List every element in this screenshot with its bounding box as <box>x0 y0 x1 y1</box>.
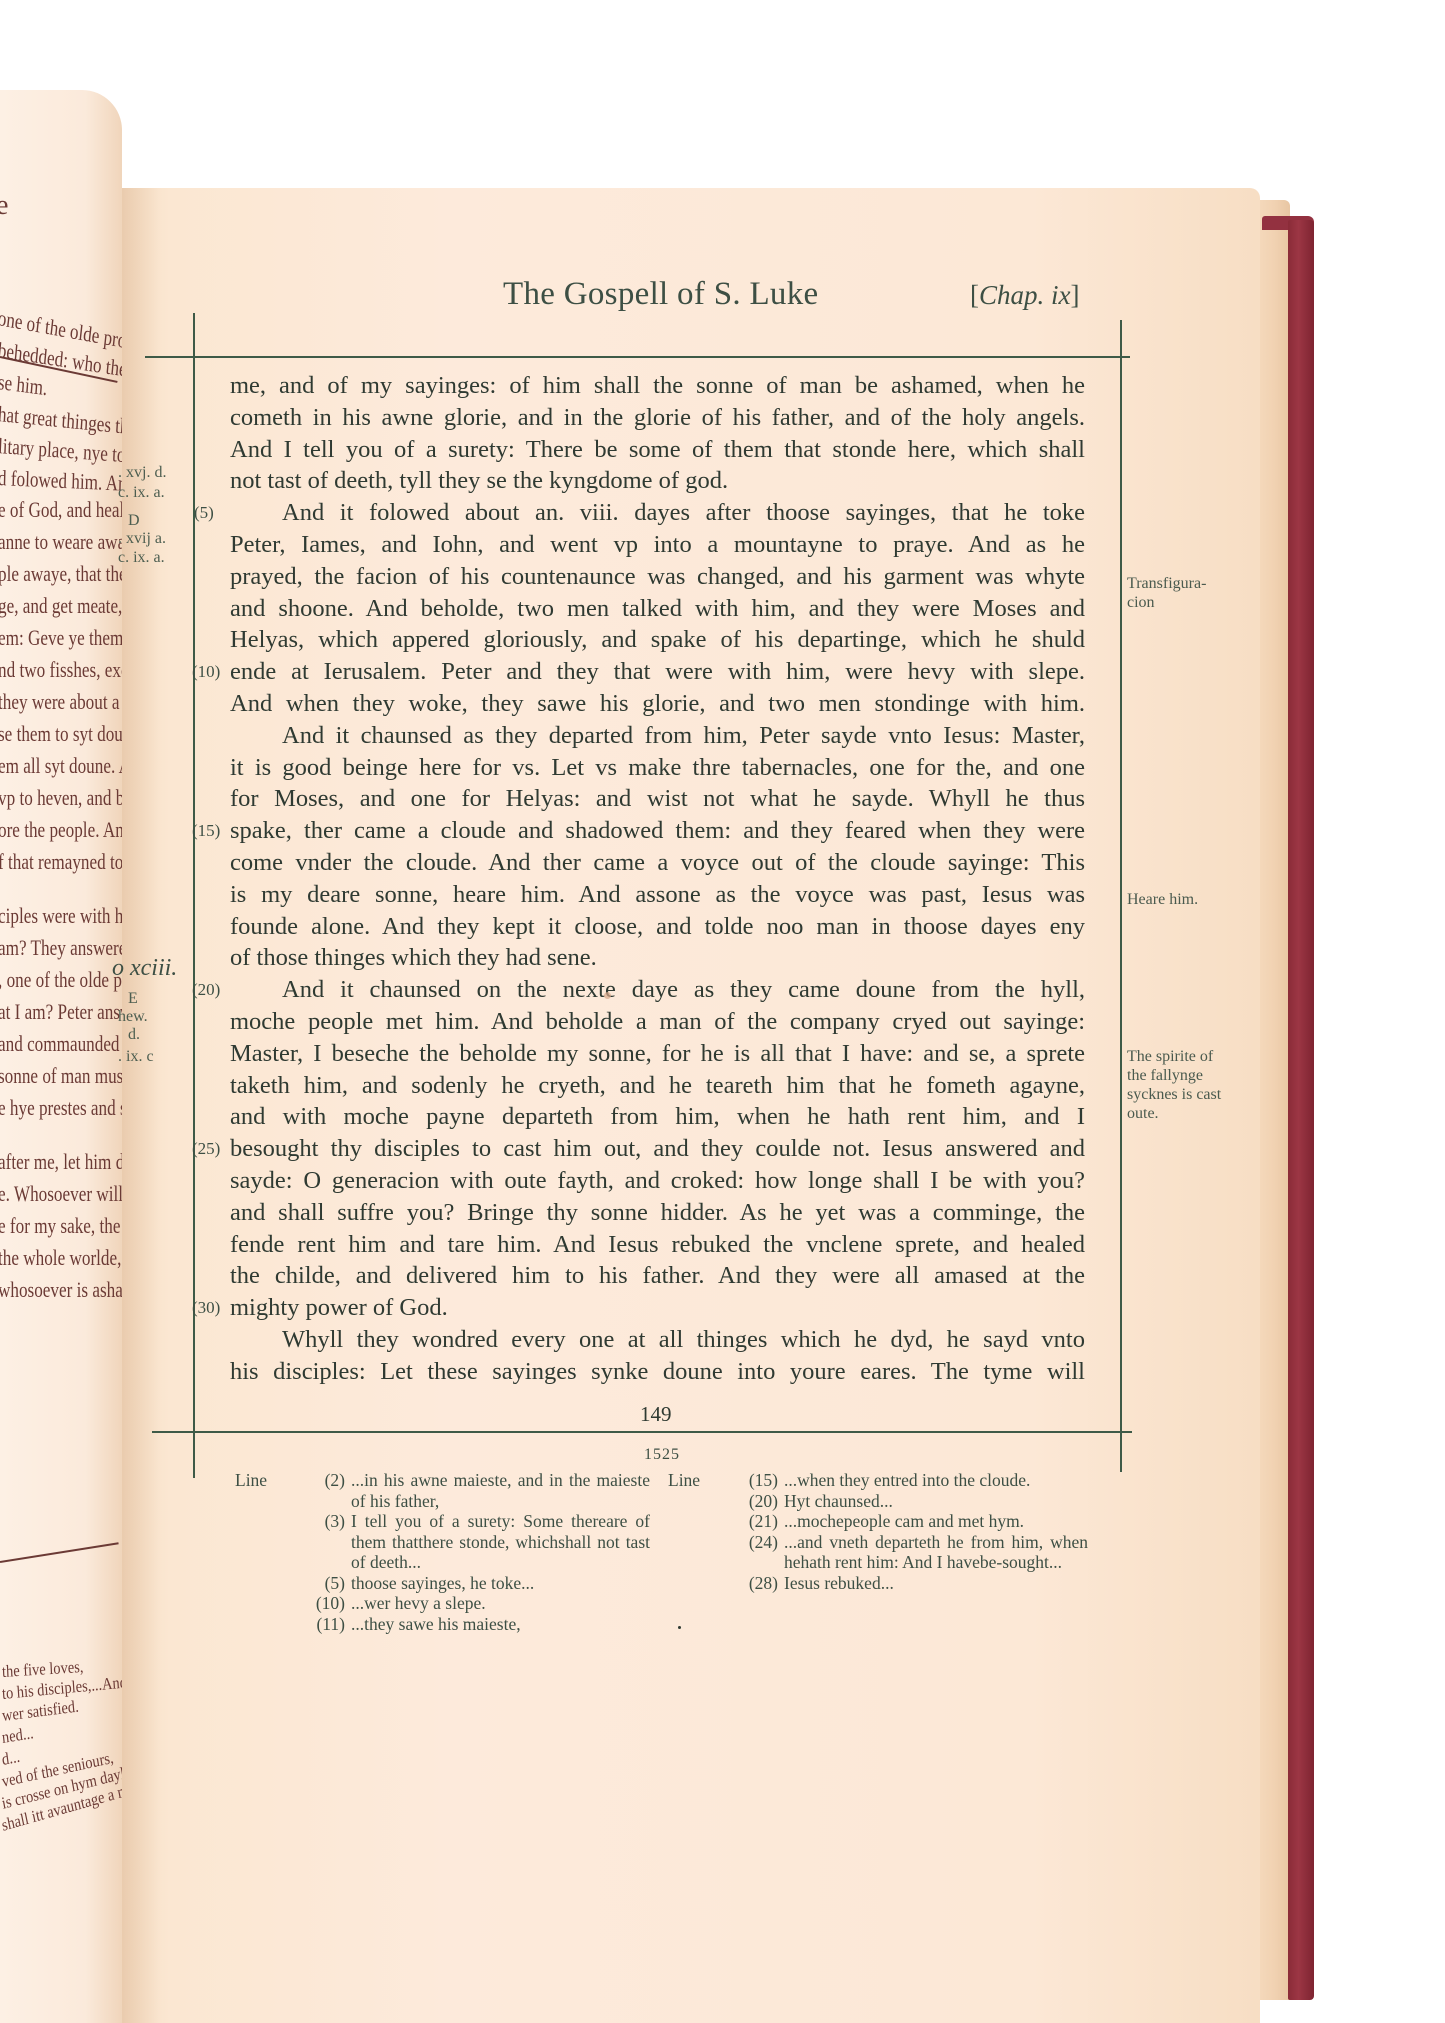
variant-readings-left: Line(2)...in his awne maieste, and in th… <box>285 1470 650 1634</box>
left-margin-note: c. ix. a. <box>118 549 165 567</box>
variant-reading: (11)...they sawe his maieste, <box>285 1614 650 1635</box>
left-page-line: e. Whosoever will <box>0 1181 122 1207</box>
text-line: (30)mighty power of God. <box>230 1292 1085 1324</box>
text-line: Master, I beseche the beholde my sonne, … <box>230 1038 1085 1070</box>
left-margin-note: D <box>128 512 140 530</box>
text-line: and shoone. And beholde, two men talked … <box>230 593 1085 625</box>
variant-text: I tell you of a surety: Some thereare of… <box>351 1511 650 1573</box>
variant-text: ...in his awne maieste, and in the maies… <box>351 1470 650 1511</box>
variant-line-number: (5) <box>285 1573 345 1594</box>
variant-text: Iesus rebuked... <box>784 1573 1088 1594</box>
text-line: and with moche payne departeth from him,… <box>230 1101 1085 1133</box>
variant-label: Line <box>235 1470 267 1491</box>
text-line: (5)And it folowed about an. viii. dayes … <box>230 497 1085 529</box>
left-page-line: ore the people. And <box>0 817 122 843</box>
line-text: cometh in his awne glorie, and in the gl… <box>230 404 1085 431</box>
line-text: mighty power of God. <box>230 1294 448 1321</box>
text-line: me, and of my sayinges: of him shall the… <box>230 370 1085 402</box>
line-text: And it chaunsed on the nexte daye as the… <box>282 976 1085 1003</box>
text-line: And I tell you of a surety: There be som… <box>230 434 1085 466</box>
side-note: The spirite of the fallynge sycknes is c… <box>1127 1047 1245 1123</box>
left-page-line: anne to weare awaye <box>0 529 122 555</box>
text-line: founde alone. And they kept it cloose, a… <box>230 911 1085 943</box>
line-text: Helyas, which appered gloriously, and sp… <box>230 626 1085 653</box>
line-text: the childe, and delivered him to his fat… <box>230 1262 1085 1289</box>
line-number: (25) <box>192 1133 220 1165</box>
variant-readings-right: Line(15)...when they entred into the clo… <box>718 1470 1088 1593</box>
variant-reading: (24)...and vneth departeth he from him, … <box>718 1532 1088 1573</box>
left-page-line: d folowed him. An <box>0 465 122 497</box>
side-note: Heare him. <box>1127 890 1245 909</box>
variant-line-number: (11) <box>285 1614 345 1635</box>
text-line: prayed, the facion of his countenaunce w… <box>230 561 1085 593</box>
left-page-line: after me, let him de <box>0 1149 122 1175</box>
line-text: sayde: O generacion with oute fayth, and… <box>230 1167 1085 1194</box>
line-text: And when they woke, they sawe his glorie… <box>230 690 1085 717</box>
line-number: (20) <box>192 974 220 1006</box>
page-number: 149 <box>640 1402 672 1427</box>
line-text: And it folowed about an. viii. dayes aft… <box>282 499 1085 526</box>
left-margin-note: . ix. c <box>118 1048 154 1066</box>
line-text: Whyll they wondred every one at all thin… <box>282 1326 1085 1353</box>
left-page-bottom-rule <box>0 1542 119 1563</box>
left-margin-note: d. <box>128 1026 140 1044</box>
variant-text: ...and vneth departeth he from him, when… <box>784 1532 1088 1573</box>
edition-year: 1525 <box>644 1446 680 1464</box>
text-line: (25)besought thy disciples to cast him o… <box>230 1133 1085 1165</box>
line-text: is my deare sonne, heare him. And assone… <box>230 881 1085 908</box>
left-margin-note: c. ix. a. <box>118 484 165 502</box>
text-line: is my deare sonne, heare him. And assone… <box>230 879 1085 911</box>
left-page-header-fragment: e <box>0 190 8 222</box>
left-page-line: nd two fisshes, excep <box>0 657 122 683</box>
variant-line-number: (15) <box>718 1470 778 1491</box>
line-text: moche people met him. And beholde a man … <box>230 1008 1085 1035</box>
text-line: of those thinges which they had sene. <box>230 942 1085 974</box>
side-note: Transfigura- cion <box>1127 574 1245 612</box>
left-page-line: e of God, and healed <box>0 497 122 523</box>
variant-text: Hyt chaunsed... <box>784 1491 1088 1512</box>
line-text: of those thinges which they had sene. <box>230 944 597 971</box>
line-number: (15) <box>192 815 220 847</box>
left-page-line: em all syt doune. And <box>0 753 122 779</box>
chapter-tag: [Chap. ix] <box>970 280 1080 311</box>
text-line: And when they woke, they sawe his glorie… <box>230 688 1085 720</box>
left-page-line: e hye prestes and scri <box>0 1095 122 1121</box>
left-page-variant-line: ned... <box>1 1723 35 1748</box>
left-page-line: em: Geve ye them to <box>0 625 122 651</box>
line-text: come vnder the cloude. And ther came a v… <box>230 849 1085 876</box>
line-number: (30) <box>192 1292 220 1324</box>
variant-reading: Line(15)...when they entred into the clo… <box>718 1470 1088 1491</box>
line-text: prayed, the facion of his countenaunce w… <box>230 563 1085 590</box>
left-page-line: f that remayned to the <box>0 849 122 875</box>
book-cover-edge <box>1288 220 1314 2000</box>
variant-reading: (20)Hyt chaunsed... <box>718 1491 1088 1512</box>
left-page-line: the whole worlde, <box>0 1245 121 1271</box>
text-line: his disciples: Let these sayinges synke … <box>230 1356 1085 1388</box>
line-text: fende rent him and tare him. And Iesus r… <box>230 1231 1085 1258</box>
text-line: taketh him, and sodenly he cryeth, and h… <box>230 1070 1085 1102</box>
variant-label: Line <box>668 1470 700 1491</box>
text-line: moche people met him. And beholde a man … <box>230 1006 1085 1038</box>
body-text: me, and of my sayinges: of him shall the… <box>230 370 1085 1388</box>
variant-text: ...wer hevy a slepe. <box>351 1593 650 1614</box>
left-page-line: se him. <box>0 369 48 401</box>
left-margin-note: . xvj. d. <box>118 464 166 482</box>
frame-bottom-horizontal <box>152 1431 1132 1433</box>
text-line: And it chaunsed as they departed from hi… <box>230 720 1085 752</box>
variant-line-number: (10) <box>285 1593 345 1614</box>
line-text: spake, ther came a cloude and shadowed t… <box>230 817 1085 844</box>
left-page-line: ge, and get meate, fo <box>0 593 122 619</box>
text-line: it is good beinge here for vs. Let vs ma… <box>230 752 1085 784</box>
line-text: it is good beinge here for vs. Let vs ma… <box>230 754 1085 781</box>
left-margin-note: . xvij a. <box>118 530 166 548</box>
line-text: me, and of my sayinges: of him shall the… <box>230 372 1085 399</box>
text-line: not tast of deeth, tyll they se the kyng… <box>230 465 1085 497</box>
text-line: Peter, Iames, and Iohn, and went vp into… <box>230 529 1085 561</box>
variant-line-number: (2) <box>285 1470 345 1491</box>
left-page-line: vp to heven, and bl <box>0 785 122 811</box>
left-page-line: they were about a <box>0 689 119 715</box>
line-number: (5) <box>194 497 214 529</box>
variant-reading: (5)thoose sayinges, he toke... <box>285 1573 650 1594</box>
left-page-line: at I am? Peter answ <box>0 999 122 1025</box>
text-line: and shall suffre you? Bringe thy sonne h… <box>230 1197 1085 1229</box>
line-number: (10) <box>192 656 220 688</box>
running-head: The Gospell of S. Luke <box>503 276 818 313</box>
left-page-variant-line: d... <box>1 1747 21 1770</box>
line-text: besought thy disciples to cast him out, … <box>230 1135 1085 1162</box>
text-line: the childe, and delivered him to his fat… <box>230 1260 1085 1292</box>
variant-line-number: (3) <box>285 1511 345 1532</box>
variant-reading: (28)Iesus rebuked... <box>718 1573 1088 1594</box>
left-page-line: am? They answered <box>0 935 122 961</box>
frame-top-horizontal <box>145 356 1130 358</box>
left-page-line: sonne of man must <box>0 1063 122 1089</box>
line-text: ende at Ierusalem. Peter and they that w… <box>230 658 1085 685</box>
line-text: Peter, Iames, and Iohn, and went vp into… <box>230 531 1085 558</box>
line-text: Master, I beseche the beholde my sonne, … <box>230 1040 1085 1067</box>
left-page-line: se them to syt doune <box>0 721 122 747</box>
line-text: taketh him, and sodenly he cryeth, and h… <box>230 1072 1085 1099</box>
line-text: founde alone. And they kept it cloose, a… <box>230 913 1085 940</box>
variant-reading: (10)...wer hevy a slepe. <box>285 1593 650 1614</box>
left-page-line: whosoever is ashamed <box>0 1277 122 1303</box>
variant-reading: (21)...mochepeople cam and met hym. <box>718 1511 1088 1532</box>
text-line: Whyll they wondred every one at all thin… <box>230 1324 1085 1356</box>
variant-line-number: (20) <box>718 1491 778 1512</box>
paper-stain <box>604 992 611 999</box>
left-page-line: , one of the olde prop <box>0 967 122 993</box>
left-margin-note: E <box>128 990 138 1008</box>
left-page-line: ple awaye, that they m <box>0 561 122 587</box>
line-text: his disciples: Let these sayinges synke … <box>230 1358 1085 1385</box>
text-line: come vnder the cloude. And ther came a v… <box>230 847 1085 879</box>
text-line: for Moses, and one for Helyas: and wist … <box>230 783 1085 815</box>
line-text: for Moses, and one for Helyas: and wist … <box>230 785 1085 812</box>
left-margin-note: o xciii. <box>112 955 177 982</box>
left-page-line: litary place, nye to <box>0 433 122 468</box>
line-text: and shall suffre you? Bringe thy sonne h… <box>230 1199 1085 1226</box>
line-text: and with moche payne departeth from him,… <box>230 1103 1085 1130</box>
text-line: (15)spake, ther came a cloude and shadow… <box>230 815 1085 847</box>
variant-line-number: (21) <box>718 1511 778 1532</box>
line-text: not tast of deeth, tyll they se the kyng… <box>230 467 728 494</box>
text-line: Helyas, which appered gloriously, and sp… <box>230 624 1085 656</box>
frame-right-vertical <box>1120 320 1122 1472</box>
text-line: (10)ende at Ierusalem. Peter and they th… <box>230 656 1085 688</box>
variant-line-number: (28) <box>718 1573 778 1594</box>
line-text: and shoone. And beholde, two men talked … <box>230 595 1085 622</box>
variant-text: ...when they entred into the cloude. <box>784 1470 1088 1491</box>
variant-line-number: (24) <box>718 1532 778 1553</box>
line-text: And I tell you of a surety: There be som… <box>230 436 1085 463</box>
text-line: (20)And it chaunsed on the nexte daye as… <box>230 974 1085 1006</box>
text-line: fende rent him and tare him. And Iesus r… <box>230 1229 1085 1261</box>
left-page-line: ciples were with him <box>0 903 122 929</box>
left-page-line: e for my sake, the <box>0 1213 120 1239</box>
ink-dot <box>678 1626 681 1629</box>
left-margin-note: hew. <box>118 1008 148 1026</box>
variant-text: ...mochepeople cam and met hym. <box>784 1511 1088 1532</box>
line-text: And it chaunsed as they departed from hi… <box>282 722 1085 749</box>
text-line: cometh in his awne glorie, and in the gl… <box>230 402 1085 434</box>
variant-reading: Line(2)...in his awne maieste, and in th… <box>285 1470 650 1511</box>
variant-reading: (3)I tell you of a surety: Some thereare… <box>285 1511 650 1573</box>
left-page: e one of the olde propbehedded: who then… <box>0 90 122 2023</box>
text-line: sayde: O generacion with oute fayth, and… <box>230 1165 1085 1197</box>
variant-text: ...they sawe his maieste, <box>351 1614 650 1635</box>
left-page-line: and commaunded the <box>0 1031 122 1057</box>
variant-text: thoose sayinges, he toke... <box>351 1573 650 1594</box>
